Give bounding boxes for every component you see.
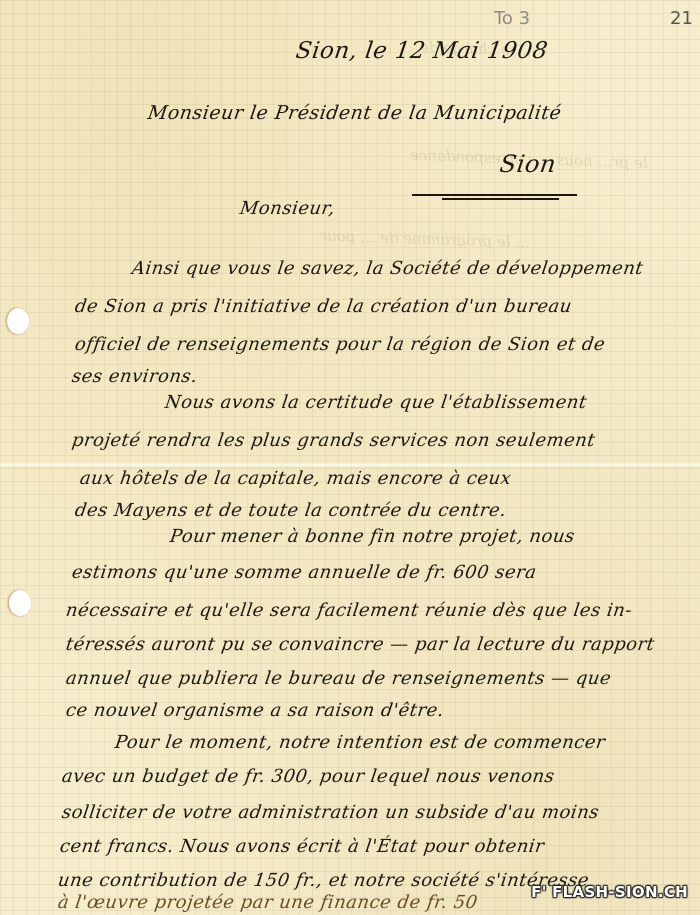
recipient-city: Sion <box>498 150 558 178</box>
letter-line: ses environs. <box>71 366 199 387</box>
letter-line: des Mayens et de toute la contrée du cen… <box>74 500 508 521</box>
letter-line: estimons qu'une somme annuelle de fr. 60… <box>71 562 538 583</box>
letter-line: Nous avons la certitude que l'établissem… <box>164 392 589 413</box>
letter-line: annuel que publiera le bureau de renseig… <box>65 668 613 689</box>
letter-line: Pour mener à bonne fin notre projet, nou… <box>169 526 577 547</box>
letter-line: une contribution de 150 fr., et notre so… <box>57 870 591 891</box>
pencil-annotation: To 3 <box>494 8 530 29</box>
letter-line: solliciter de votre administration un su… <box>61 802 601 823</box>
letter-line: téressés auront pu se convaincre — par l… <box>65 634 656 655</box>
letter-line: aux hôtels de la capitale, mais encore à… <box>79 468 513 489</box>
punch-hole <box>9 590 31 616</box>
watermark-text: FLASH-SION.CH <box>552 883 688 901</box>
salutation: Monsieur, <box>239 198 337 219</box>
letter-line: avec un budget de fr. 300, pour lequel n… <box>61 766 556 787</box>
recipient-line: Monsieur le Président de la Municipalité <box>146 102 562 124</box>
watermark-logo-icon: F' <box>531 883 546 901</box>
watermark: F' FLASH-SION.CH <box>531 883 688 901</box>
letter-line: de Sion a pris l'initiative de la créati… <box>74 296 574 317</box>
letter-line: nécessaire et qu'elle sera facilement ré… <box>65 600 634 621</box>
letter-line: Pour le moment, notre intention est de c… <box>114 732 607 753</box>
punch-hole <box>7 308 29 334</box>
letter-line: cent francs. Nous avons écrit à l'État p… <box>59 836 546 857</box>
letter-line: ce nouvel organisme a sa raison d'être. <box>65 700 446 721</box>
place-date: Sion, le 12 Mai 1908 <box>294 38 549 64</box>
letter-line: à l'œuvre projetée par une finance de fr… <box>57 892 480 913</box>
page-number: 21 <box>670 8 693 29</box>
double-underline <box>412 194 577 200</box>
letter-line: officiel de renseignements pour la régio… <box>74 334 607 355</box>
letter-line: Ainsi que vous le savez, la Société de d… <box>131 258 645 279</box>
letter-line: projeté rendra les plus grands services … <box>71 430 597 451</box>
